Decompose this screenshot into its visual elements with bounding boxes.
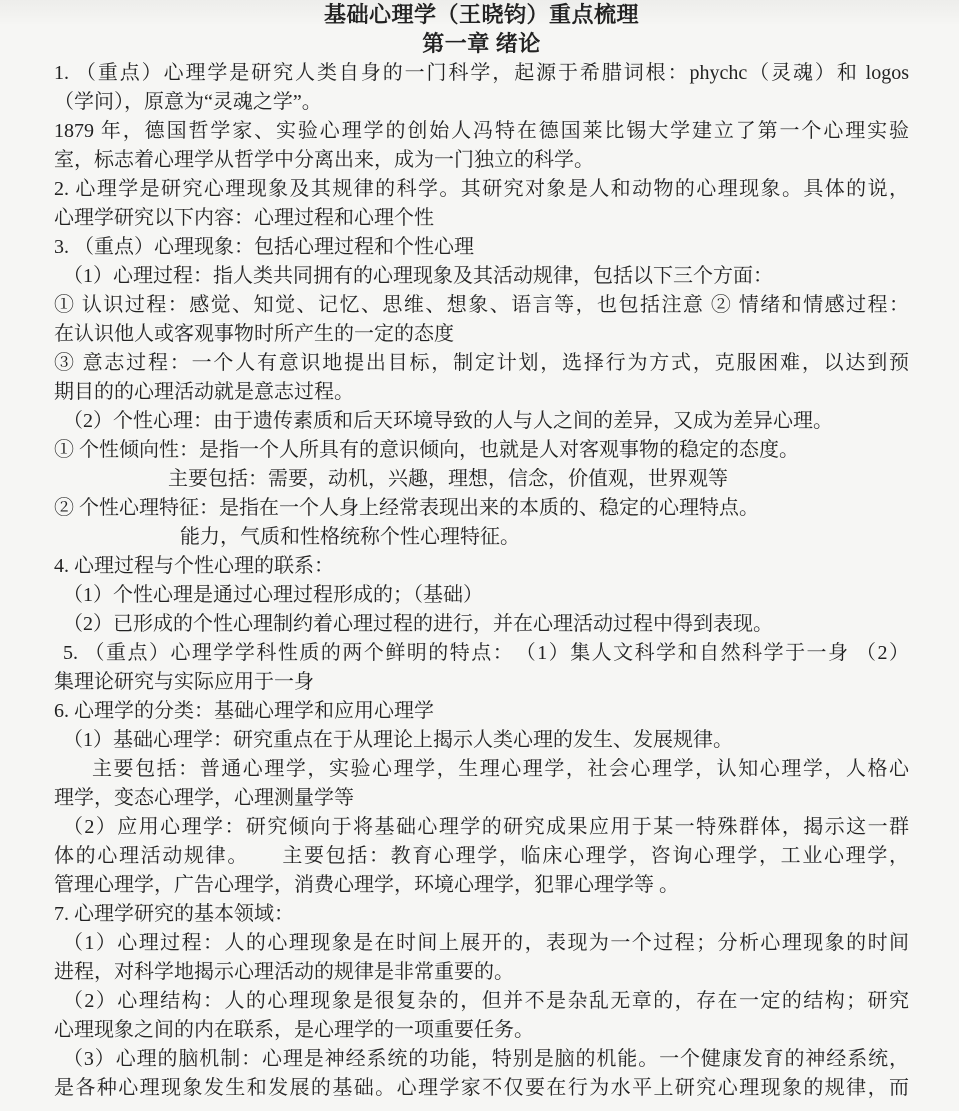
text-line: （2）心理结构：人的心理现象是很复杂的，但并不是杂乱无章的，存在一定的结构；研究 [54,987,909,1016]
text-line: 7. 心理学研究的基本领域： [54,900,909,929]
text-line: （1）心理过程：人的心理现象是在时间上展开的，表现为一个过程；分析心理现象的时间 [54,929,909,958]
text-line: ② 个性心理特征：是指在一个人身上经常表现出来的本质的、稳定的心理特点。 [54,494,909,523]
text-line: 进程，对科学地揭示心理活动的规律是非常重要的。 [54,958,909,987]
text-line: （3）心理的脑机制：心理是神经系统的功能，特别是脑的机能。一个健康发育的神经系统… [54,1045,909,1074]
text-line: 在认识他人或客观事物时所产生的一定的态度 [54,320,909,349]
text-line: ③ 意志过程：一个人有意识地提出目标，制定计划，选择行为方式，克服困难，以达到预 [54,349,909,378]
text-line: （1）心理过程：指人类共同拥有的心理现象及其活动规律，包括以下三个方面： [54,262,909,291]
text-line: （2）已形成的个性心理制约着心理过程的进行，并在心理活动过程中得到表现。 [54,610,909,639]
text-line: 能力，气质和性格统称个性心理特征。 [54,523,909,552]
text-line: ① 个性倾向性：是指一个人所具有的意识倾向，也就是人对客观事物的稳定的态度。 [54,436,909,465]
text-line: （2）个性心理：由于遗传素质和后天环境导致的人与人之间的差异，又成为差异心理。 [54,407,909,436]
text-line: 心理现象之间的内在联系，是心理学的一项重要任务。 [54,1016,909,1045]
text-line: 主要包括：普通心理学，实验心理学，生理心理学，社会心理学，认知心理学，人格心 [54,755,909,784]
text-line: 是各种心理现象发生和发展的基础。心理学家不仅要在行为水平上研究心理现象的规律，而 [54,1074,909,1103]
text-line: 6. 心理学的分类：基础心理学和应用心理学 [54,697,909,726]
document-lines: 1. （重点）心理学是研究人类自身的一门科学，起源于希腊词根：phychc（灵魂… [54,59,909,1103]
text-line: （学问），原意为“灵魂之学”。 [54,88,909,117]
text-line: 4. 心理过程与个性心理的联系： [54,552,909,581]
text-line: 2. 心理学是研究心理现象及其规律的科学。其研究对象是人和动物的心理现象。具体的… [54,175,909,204]
text-line: （1）个性心理是通过心理过程形成的；（基础） [54,581,909,610]
text-line: 1879 年，德国哲学家、实验心理学的创始人冯特在德国莱比锡大学建立了第一个心理… [54,117,909,146]
text-line: 3. （重点）心理现象：包括心理过程和个性心理 [54,233,909,262]
document-page: 基础心理学（王晓钧）重点梳理 第一章 绪论 1. （重点）心理学是研究人类自身的… [0,0,959,1111]
text-line: （1）基础心理学：研究重点在于从理论上揭示人类心理的发生、发展规律。 [54,726,909,755]
text-line: 管理心理学，广告心理学，消费心理学，环境心理学，犯罪心理学等 。 [54,871,909,900]
text-line: ① 认识过程：感觉、知觉、记忆、思维、想象、语言等，也包括注意 ② 情绪和情感过… [54,291,909,320]
text-line: 主要包括：需要，动机，兴趣，理想，信念，价值观，世界观等 [54,465,909,494]
document-title: 基础心理学（王晓钧）重点梳理 [54,1,909,28]
text-line: 体的心理活动规律。 主要包括：教育心理学，临床心理学，咨询心理学，工业心理学， [54,842,909,871]
chapter-heading: 第一章 绪论 [54,28,909,59]
text-line: 理学，变态心理学，心理测量学等 [54,784,909,813]
text-line: 5. （重点）心理学学科性质的两个鲜明的特点： （1）集人文科学和自然科学于一身… [54,639,909,668]
text-line: 1. （重点）心理学是研究人类自身的一门科学，起源于希腊词根：phychc（灵魂… [54,59,909,88]
text-line: 心理学研究以下内容：心理过程和心理个性 [54,204,909,233]
text-line: 室，标志着心理学从哲学中分离出来，成为一门独立的科学。 [54,146,909,175]
text-line: 集理论研究与实际应用于一身 [54,668,909,697]
text-line: （2）应用心理学：研究倾向于将基础心理学的研究成果应用于某一特殊群体，揭示这一群 [54,813,909,842]
text-line: 期目的的心理活动就是意志过程。 [54,378,909,407]
